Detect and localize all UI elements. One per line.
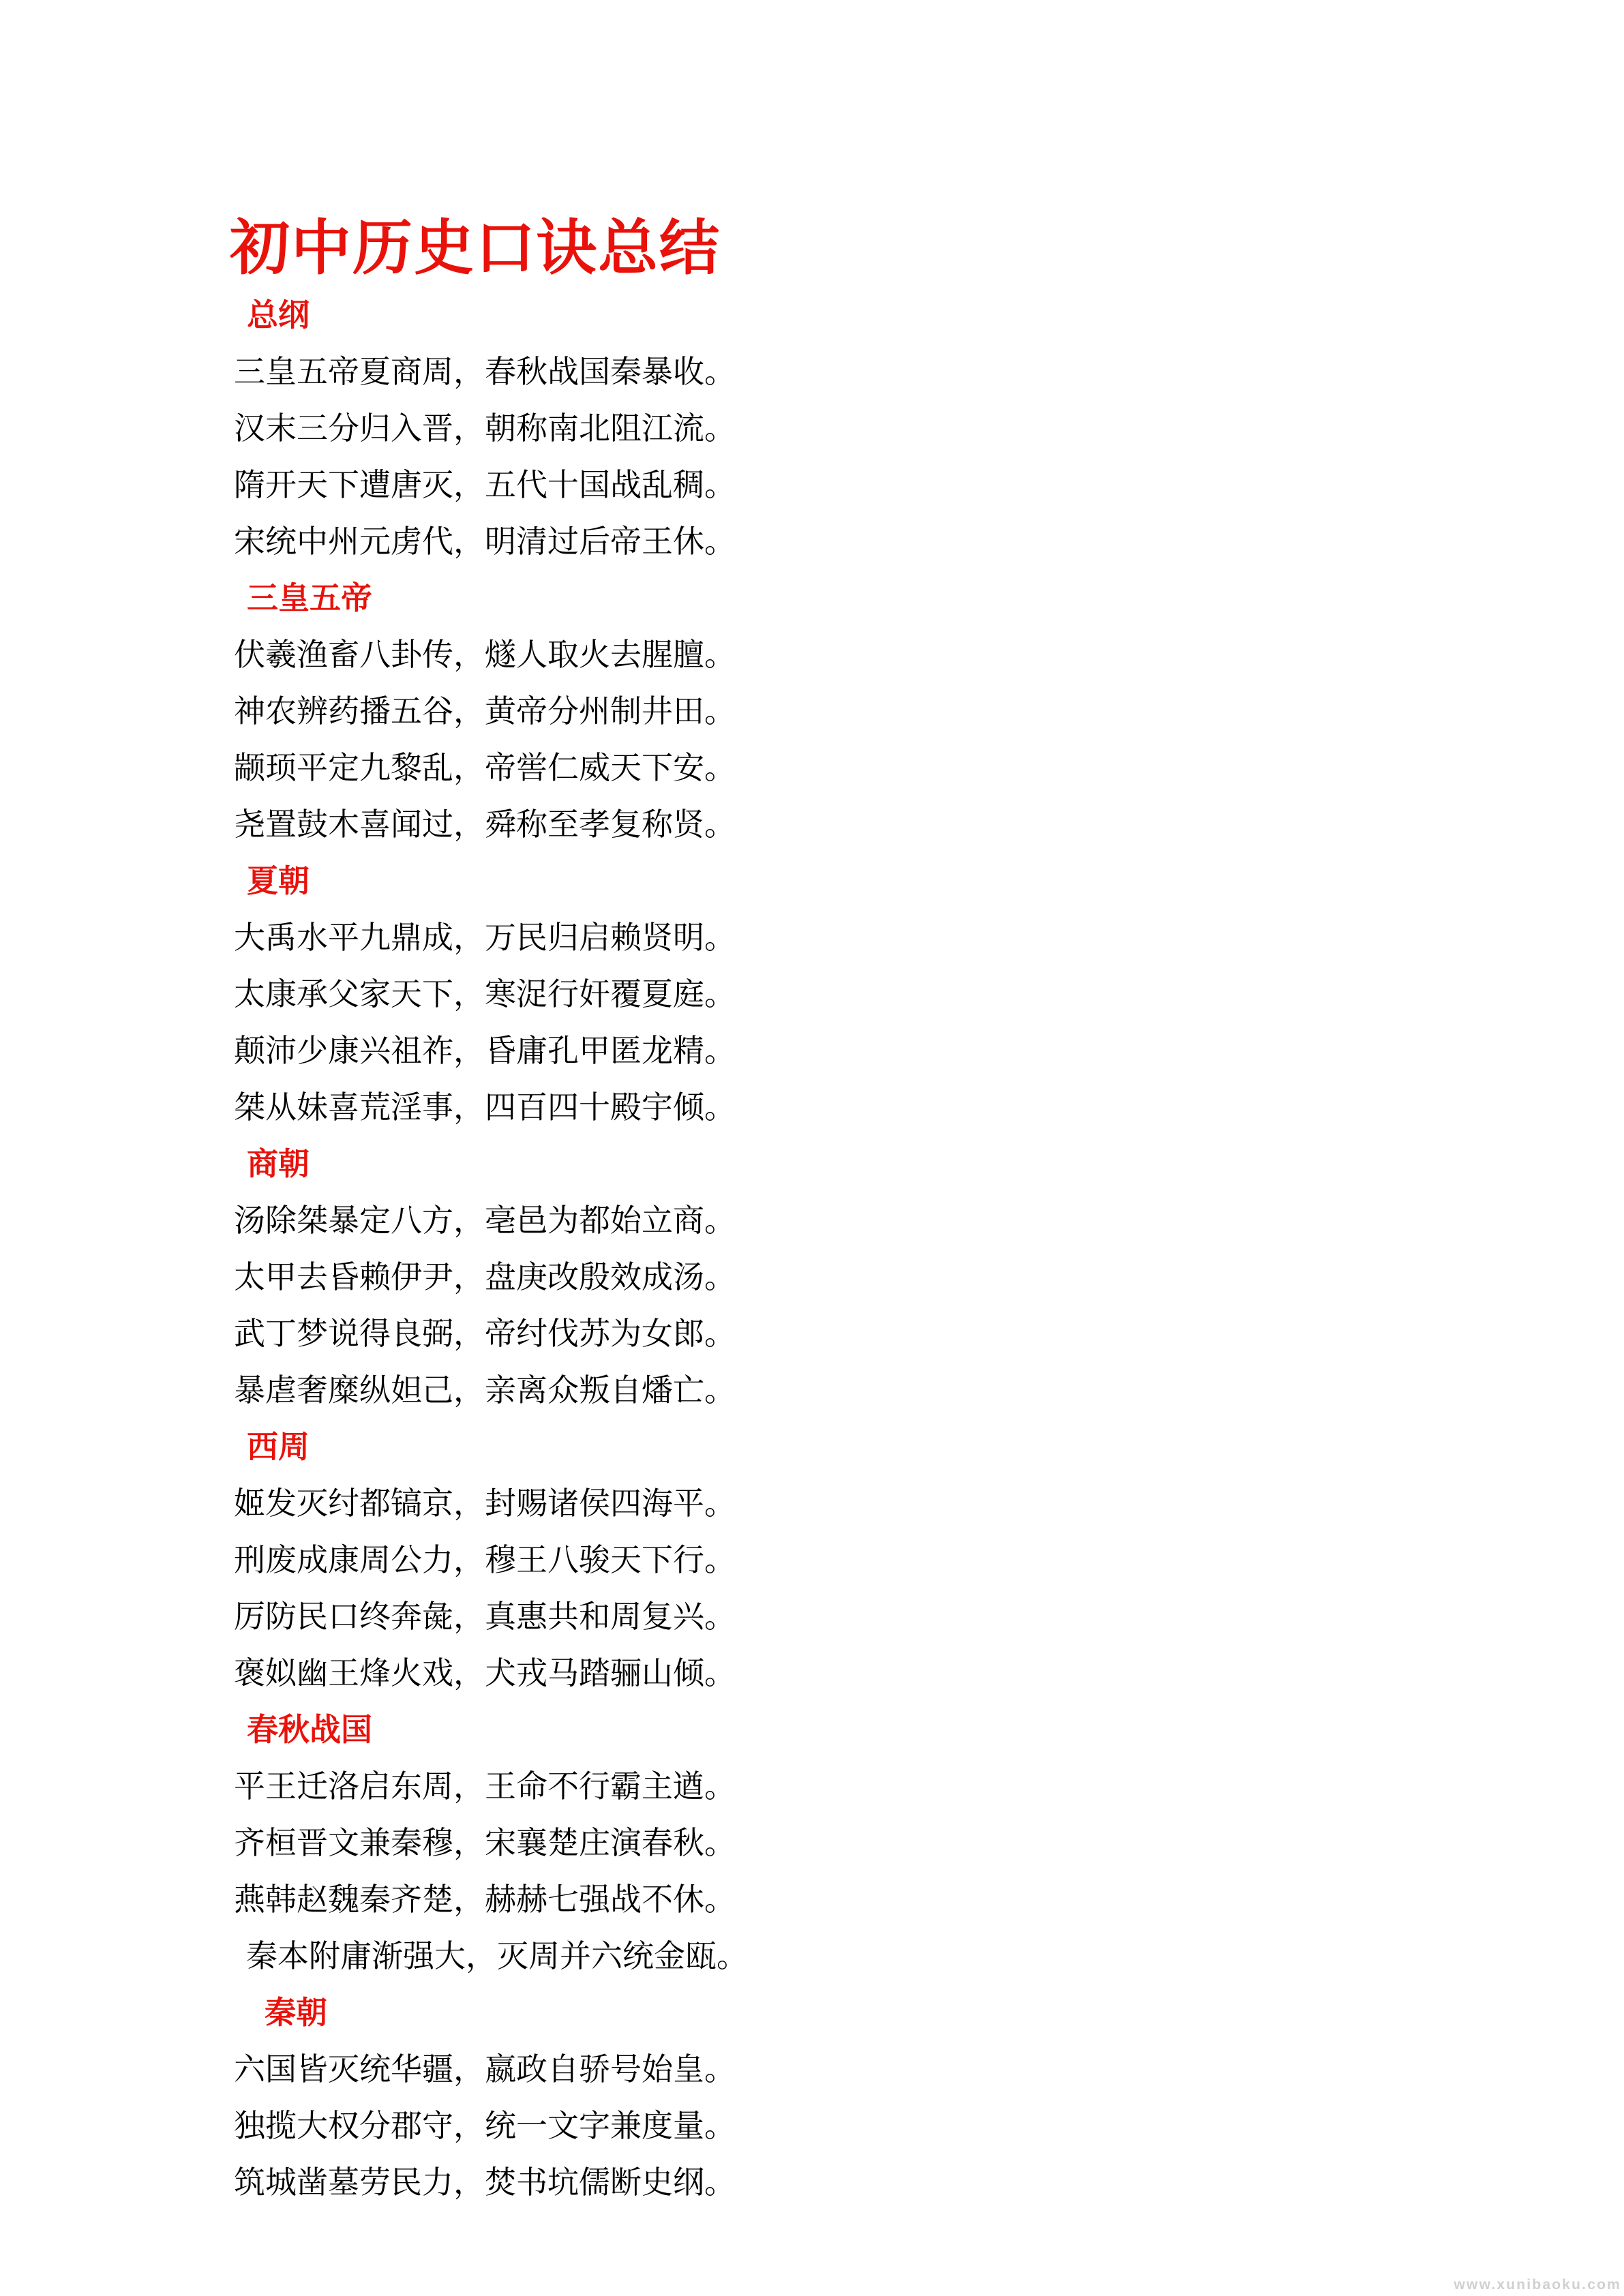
verse-line: 尧置鼓木喜闻过，舜称至孝复称贤。 bbox=[234, 796, 748, 853]
verse-line: 隋开天下遭唐灭，五代十国战乱稠。 bbox=[234, 457, 748, 513]
section-heading: 夏朝 bbox=[234, 853, 748, 909]
verse-line: 姬发灭纣都镐京，封赐诸侯四海平。 bbox=[234, 1475, 748, 1532]
verse-line: 桀从妹喜荒淫事，四百四十殿宇倾。 bbox=[234, 1079, 748, 1136]
verse-line: 颛顼平定九黎乱，帝喾仁威天下安。 bbox=[234, 740, 748, 796]
verse-line: 暴虐奢糜纵妲己，亲离众叛自燔亡。 bbox=[234, 1362, 748, 1419]
section-5: 西周姬发灭纣都镐京，封赐诸侯四海平。刑废成康周公力，穆王八骏天下行。厉防民口终奔… bbox=[234, 1419, 748, 1702]
verse-line: 颠沛少康兴祖祚，昏庸孔甲匿龙精。 bbox=[234, 1023, 748, 1079]
verse-line: 六国皆灭统华疆，嬴政自骄号始皇。 bbox=[234, 2041, 748, 2098]
verse-line: 三皇五帝夏商周，春秋战国秦暴收。 bbox=[234, 344, 748, 400]
section-3: 夏朝大禹水平九鼎成，万民归启赖贤明。太康承父家天下，寒浞行奸覆夏庭。颠沛少康兴祖… bbox=[234, 853, 748, 1136]
verse-line: 太甲去昏赖伊尹，盘庚改殷效成汤。 bbox=[234, 1249, 748, 1305]
section-heading: 春秋战国 bbox=[234, 1702, 748, 1758]
section-4: 商朝汤除桀暴定八方，亳邑为都始立商。太甲去昏赖伊尹，盘庚改殷效成汤。武丁梦说得良… bbox=[234, 1136, 748, 1419]
verse-line: 神农辨药播五谷，黄帝分州制井田。 bbox=[234, 683, 748, 740]
watermark: www.xunibaoku.com bbox=[1454, 2277, 1621, 2293]
section-6: 春秋战国平王迁洛启东周，王命不行霸主遒。齐桓晋文兼秦穆，宋襄楚庄演春秋。燕韩赵魏… bbox=[234, 1702, 748, 1984]
verse-line: 秦本附庸渐强大，灭周并六统金瓯。 bbox=[234, 1928, 748, 1984]
verse-line: 汤除桀暴定八方，亳邑为都始立商。 bbox=[234, 1192, 748, 1249]
document-body: 总纲三皇五帝夏商周，春秋战国秦暴收。汉末三分归入晋，朝称南北阻江流。隋开天下遭唐… bbox=[234, 287, 748, 2211]
verse-line: 武丁梦说得良弼，帝纣伐苏为女郎。 bbox=[234, 1305, 748, 1362]
verse-line: 伏羲渔畜八卦传，燧人取火去腥膻。 bbox=[234, 626, 748, 683]
verse-line: 大禹水平九鼎成，万民归启赖贤明。 bbox=[234, 909, 748, 966]
section-heading: 秦朝 bbox=[234, 1984, 748, 2041]
section-heading: 商朝 bbox=[234, 1136, 748, 1192]
verse-line: 褒姒幽王烽火戏，犬戎马踏骊山倾。 bbox=[234, 1645, 748, 1702]
verse-line: 刑废成康周公力，穆王八骏天下行。 bbox=[234, 1532, 748, 1588]
section-heading: 西周 bbox=[234, 1419, 748, 1475]
section-2: 三皇五帝伏羲渔畜八卦传，燧人取火去腥膻。神农辨药播五谷，黄帝分州制井田。颛顼平定… bbox=[234, 570, 748, 853]
section-heading: 三皇五帝 bbox=[234, 570, 748, 626]
verse-line: 太康承父家天下，寒浞行奸覆夏庭。 bbox=[234, 966, 748, 1023]
verse-line: 平王迁洛启东周，王命不行霸主遒。 bbox=[234, 1758, 748, 1815]
verse-line: 筑城凿墓劳民力，焚书坑儒断史纲。 bbox=[234, 2154, 748, 2211]
section-7: 秦朝六国皆灭统华疆，嬴政自骄号始皇。独揽大权分郡守，统一文字兼度量。筑城凿墓劳民… bbox=[234, 1984, 748, 2211]
verse-line: 厉防民口终奔彘，真惠共和周复兴。 bbox=[234, 1588, 748, 1645]
verse-line: 独揽大权分郡守，统一文字兼度量。 bbox=[234, 2098, 748, 2154]
page-title: 初中历史口诀总结 bbox=[230, 200, 721, 286]
verse-line: 齐桓晋文兼秦穆，宋襄楚庄演春秋。 bbox=[234, 1815, 748, 1871]
verse-line: 汉末三分归入晋，朝称南北阻江流。 bbox=[234, 400, 748, 457]
verse-line: 宋统中州元虏代，明清过后帝王休。 bbox=[234, 513, 748, 570]
section-1: 总纲三皇五帝夏商周，春秋战国秦暴收。汉末三分归入晋，朝称南北阻江流。隋开天下遭唐… bbox=[234, 287, 748, 570]
section-heading: 总纲 bbox=[234, 287, 748, 344]
verse-line: 燕韩赵魏秦齐楚，赫赫七强战不休。 bbox=[234, 1871, 748, 1928]
